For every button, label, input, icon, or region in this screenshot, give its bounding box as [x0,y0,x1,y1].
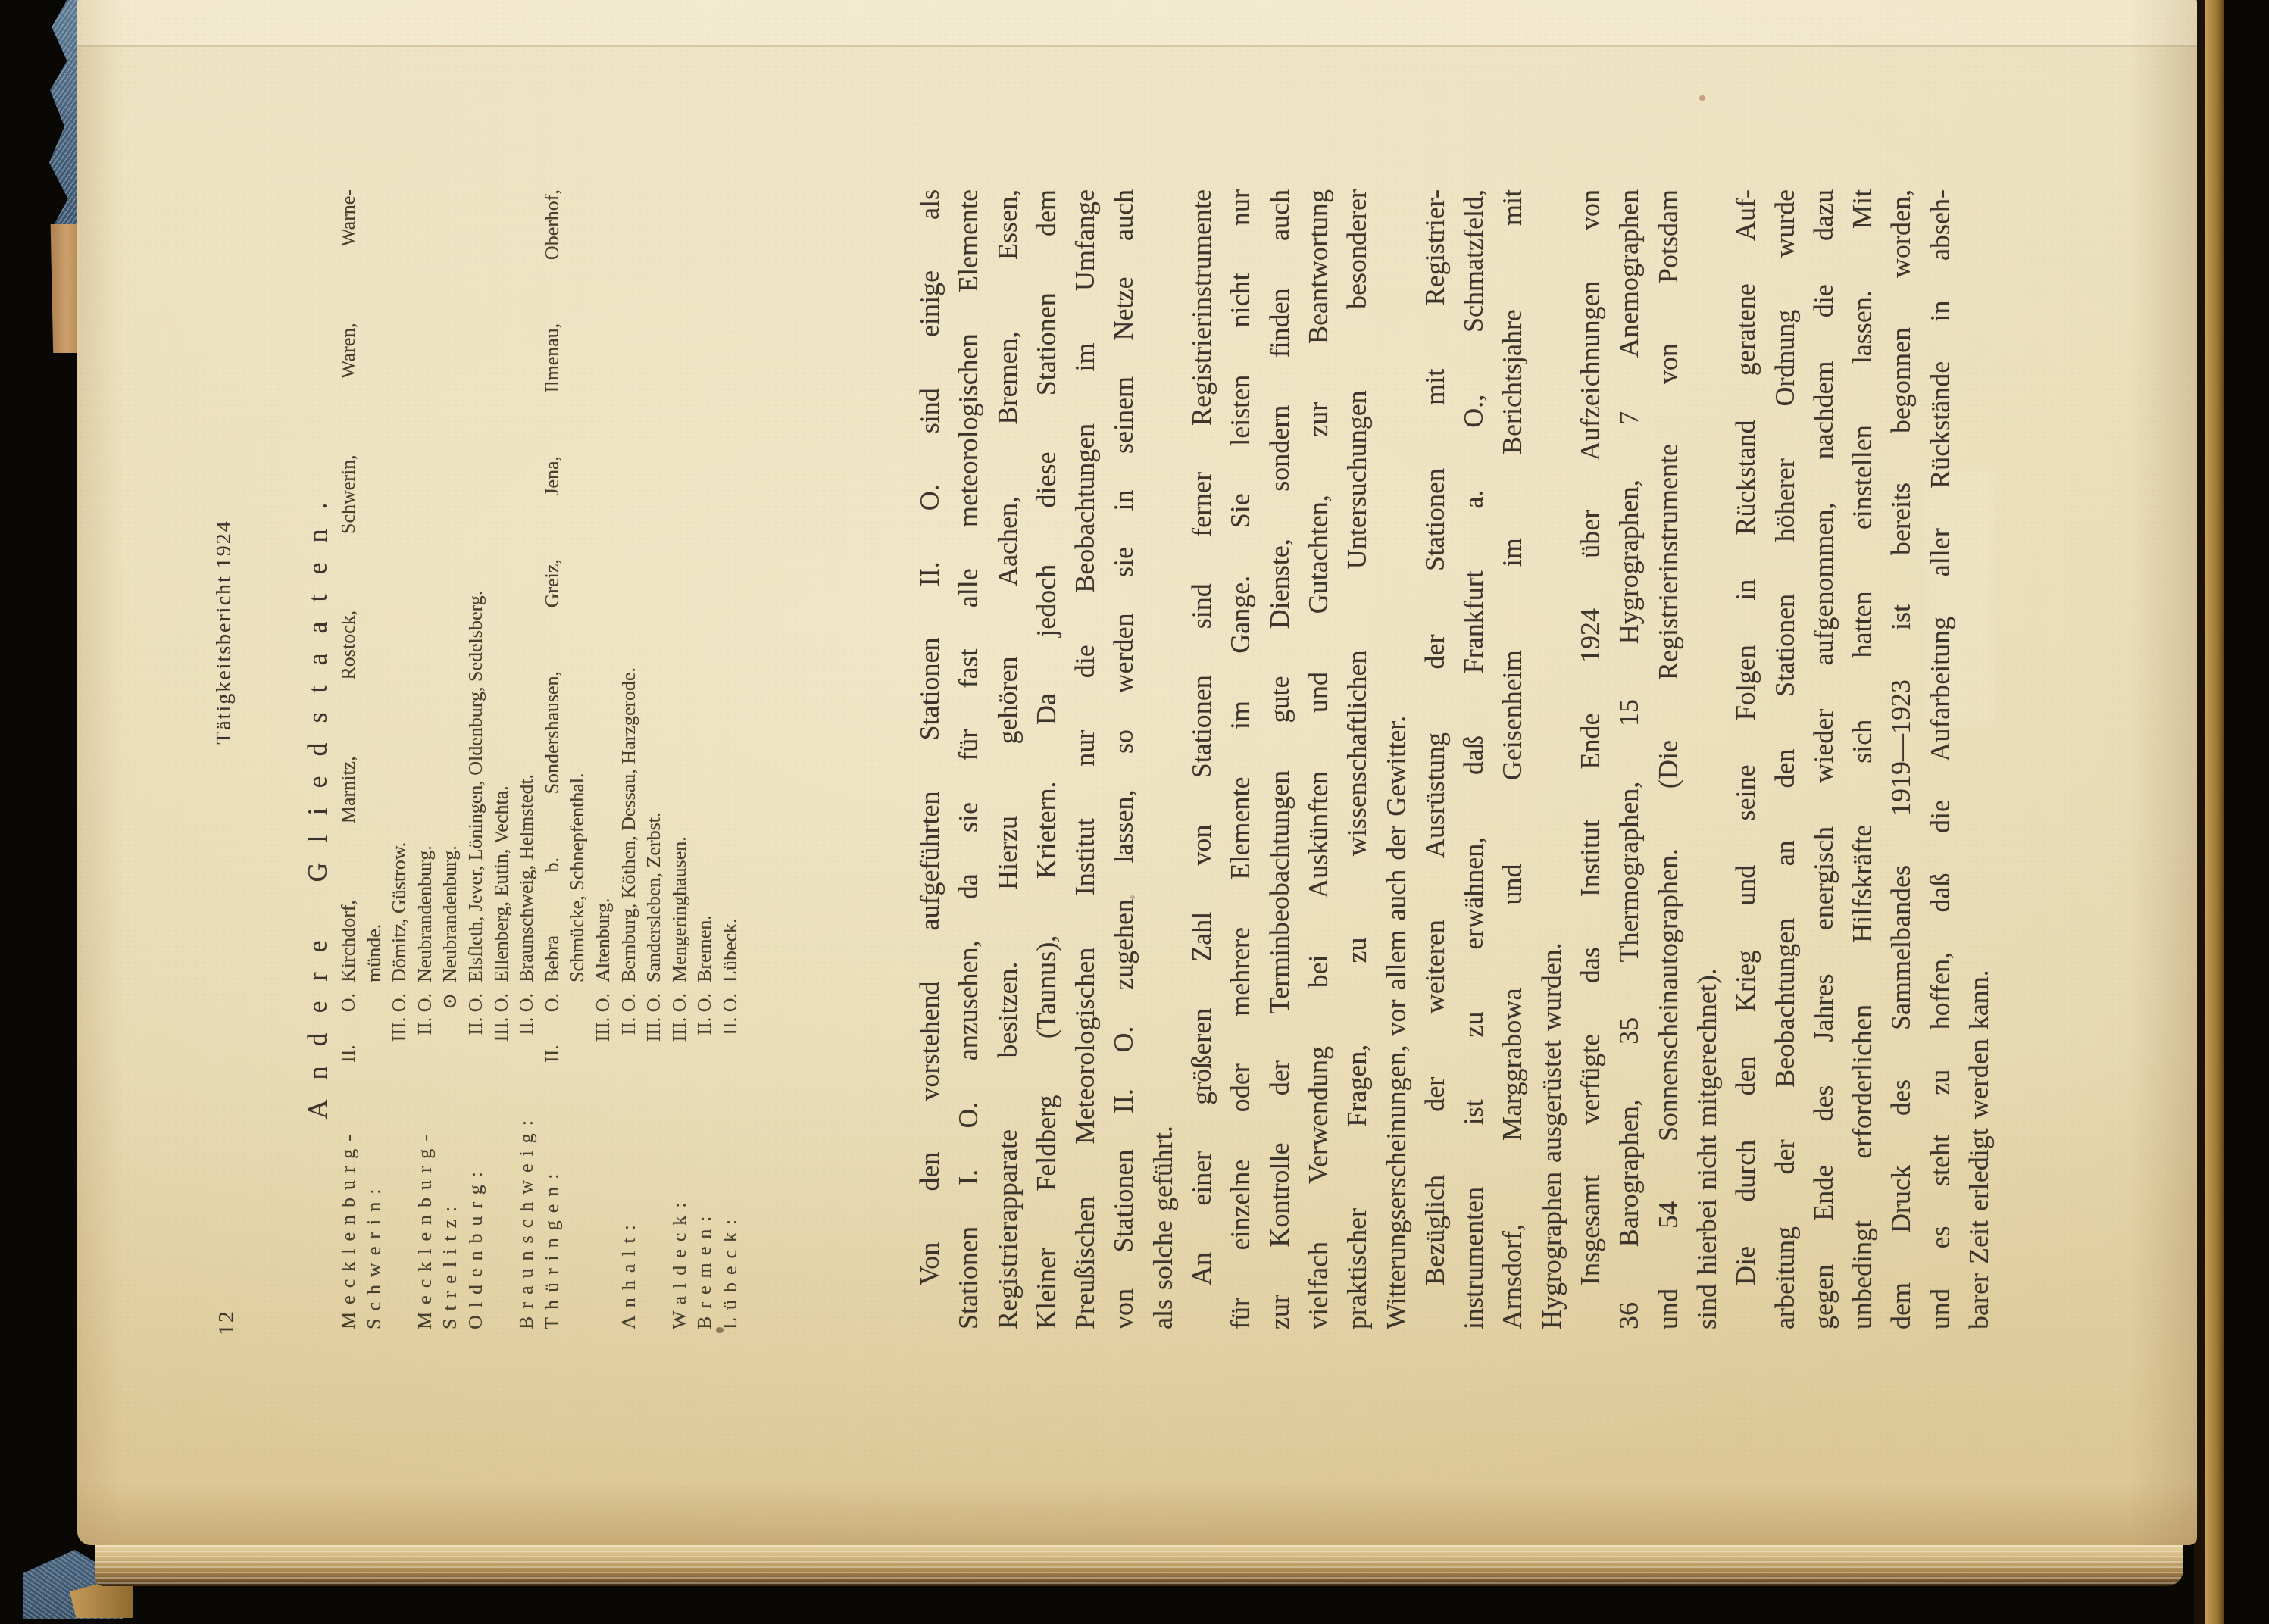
station-row: Schwerin:münde. [361,189,387,1329]
station-names: Braunschweig, Helmstedt. [515,774,537,982]
stacked-page-edges [95,1545,2183,1586]
station-names: Sandersleben, Zerbst. [642,812,664,982]
station-order-numeral: III. O. [386,993,412,1063]
station-row: Anhalt:II. O.Bernburg, Köthen, Dessau, H… [616,189,642,1329]
body-line: von Stationen II. O. zugehen lassen, so … [1105,189,1143,1329]
paragraph: Von den vorstehend aufgeführten Statione… [911,189,1183,1329]
state-label: Waldeck: [667,1063,692,1329]
station-row: Mecklenburg-II. O.Neubrandenburg. [412,189,438,1329]
paragraph-block: Von den vorstehend aufgeführten Statione… [911,189,1999,1329]
station-row: Bremen:II. O.Bremen. [692,189,717,1329]
station-order-numeral: III. O. [489,993,514,1063]
body-line: arbeitung der Beobachtungen an den Stati… [1766,189,1805,1329]
state-label: Bremen: [692,1063,717,1329]
body-line: vielfach Verwendung bei Auskünften und G… [1299,189,1338,1329]
station-order-numeral: ⊙ [437,993,463,1063]
station-order-numeral: III. O. [667,993,692,1063]
body-line: unbedingt erforderlichen Hilfskräfte sic… [1843,189,1882,1329]
station-row: Mecklenburg-II. O.Kirchdorf, Marnitz, Ro… [336,189,361,1329]
photo-background: 12 Tätigkeitsbericht 1924 Andere Gliedst… [0,0,2269,1624]
state-label: Mecklenburg- [336,1063,361,1329]
station-names: Kirchdorf, Marnitz, Rostock, Schwerin, W… [337,189,359,982]
station-names: Schmücke, Schnepfenthal. [566,773,588,982]
page-number: 12 [214,1310,239,1335]
body-line: Stationen I. O. anzusehen, da sie für fa… [949,189,988,1329]
state-label: Strelitz: [437,1063,463,1329]
station-order-numeral: II. O. [616,993,642,1063]
station-order-numeral: II. O. [514,993,539,1063]
body-line: Kleiner Feldberg (Taunus), Krietern. Da … [1027,189,1066,1329]
paragraph: Bezüglich der weiteren Ausrüstung der St… [1416,189,1571,1329]
state-label: Anhalt: [616,1063,642,1329]
state-label: Oldenburg: [463,1063,489,1329]
body-line: barer Zeit erledigt werden kann. [1960,189,1999,1329]
station-names: Altenburg. [592,898,614,982]
station-row: III. O.Altenburg. [590,189,616,1329]
station-order-numeral: II. O. [412,993,438,1063]
station-names: Mengeringhausen. [668,836,690,982]
station-row: Oldenburg:II. O.Elsfleth, Jever, Löninge… [463,189,489,1329]
body-line: Insgesamt verfügte das Institut Ende 192… [1571,189,1610,1329]
state-label: Lübeck: [717,1063,743,1329]
body-line: Die durch den Krieg und seine Folgen in … [1727,189,1765,1329]
body-line: zur Kontrolle der Terminbeobachtungen gu… [1261,189,1299,1329]
state-label: Schwerin: [361,1063,387,1329]
body-line: An einer größeren Zahl von Stationen sin… [1183,189,1221,1329]
station-row: Strelitz:⊙Neubrandenburg. [437,189,463,1329]
station-names: Elsfleth, Jever, Löningen, Oldenburg, Se… [464,591,486,982]
body-line: dem Druck des Sammelbandes 1919—1923 ist… [1882,189,1921,1329]
station-names: Neubrandenburg. [439,845,461,982]
body-line: praktischer Fragen, zu wissenschaftliche… [1338,189,1377,1329]
body-line: sind hierbei nicht mitgerechnet). [1688,189,1727,1329]
station-names: münde. [363,924,385,982]
station-names: Dömitz, Güstrow. [388,842,410,982]
station-order-numeral: II. O. [336,993,361,1063]
paragraph: Die durch den Krieg und seine Folgen in … [1727,189,1999,1329]
book-page: 12 Tätigkeitsbericht 1924 Andere Gliedst… [77,0,2197,1545]
page-block-edge-gold [2205,0,2224,1624]
station-row: Waldeck:III. O.Mengeringhausen. [667,189,692,1329]
body-line: Bezüglich der weiteren Ausrüstung der St… [1416,189,1455,1329]
body-line: Von den vorstehend aufgeführten Statione… [911,189,949,1329]
body-line: gegen Ende des Jahres energisch wieder a… [1805,189,1843,1329]
paragraph: Insgesamt verfügte das Institut Ende 192… [1571,189,1727,1329]
station-row: III. O.Sandersleben, Zerbst. [641,189,667,1329]
station-row: Thüringen:II. O.Bebra b. Sondershausen, … [539,189,565,1329]
body-line: als solche geführt. [1144,189,1183,1329]
running-head: Tätigkeitsbericht 1924 [212,62,236,1202]
station-names: Bernburg, Köthen, Dessau, Harzgerode. [617,667,639,982]
station-order-numeral: II. O. [463,993,489,1063]
station-order-numeral: II. O. [692,993,717,1063]
page-content-rotated: 12 Tätigkeitsbericht 1924 Andere Gliedst… [77,2,2195,1544]
station-names: Bebra b. Sondershausen, Greiz, Jena, Ilm… [541,189,563,982]
body-line: für einzelne oder mehrere Elemente im Ga… [1221,189,1260,1329]
body-line: instrumenten ist zu erwähnen, daß Frankf… [1455,189,1493,1329]
state-label: Thüringen: [539,1063,565,1329]
paragraph: An einer größeren Zahl von Stationen sin… [1183,189,1416,1329]
station-names: Ellenberg, Eutin, Vechta. [490,785,512,982]
station-order-numeral: II. O. [717,993,743,1063]
station-row: Schmücke, Schnepfenthal. [564,189,590,1329]
station-names: Neubrandenburg. [414,845,436,982]
state-label: Braunschweig: [514,1063,539,1329]
body-line: Hygrographen ausgerüstet wurden. [1533,189,1571,1329]
body-line: Arnsdorf, Marggrabowa und Geisenheim im … [1493,189,1532,1329]
station-row: Braunschweig:II. O.Braunschweig, Helmste… [514,189,539,1329]
body-line: und 54 Sonnenscheinautographen. (Die Reg… [1649,189,1688,1329]
station-names: Lübeck. [719,919,741,982]
body-line: Registrierapparate besitzen. Hierzu gehö… [989,189,1027,1329]
station-order-numeral: II. O. [539,993,565,1063]
body-line: und es steht zu hoffen, daß die Aufarbei… [1921,189,1960,1329]
station-order-numeral: III. O. [641,993,667,1063]
body-line: 36 Barographen, 35 Thermographen, 15 Hyg… [1610,189,1649,1329]
station-row: III. O.Ellenberg, Eutin, Vechta. [489,189,514,1329]
section-heading: Andere Gliedstaaten. [302,231,333,1371]
station-list: Mecklenburg-II. O.Kirchdorf, Marnitz, Ro… [336,189,743,1329]
page-header: 12 Tätigkeitsbericht 1924 [212,189,244,1329]
station-order-numeral: III. O. [590,993,616,1063]
station-names: Bremen. [693,915,715,982]
station-row: III. O.Dömitz, Güstrow. [386,189,412,1329]
station-row: Lübeck:II. O.Lübeck. [717,189,743,1329]
body-line: Preußischen Meteorologischen Institut nu… [1066,189,1105,1329]
body-line: Witterungserscheinungen, vor allem auch … [1377,189,1416,1329]
state-label: Mecklenburg- [412,1063,438,1329]
